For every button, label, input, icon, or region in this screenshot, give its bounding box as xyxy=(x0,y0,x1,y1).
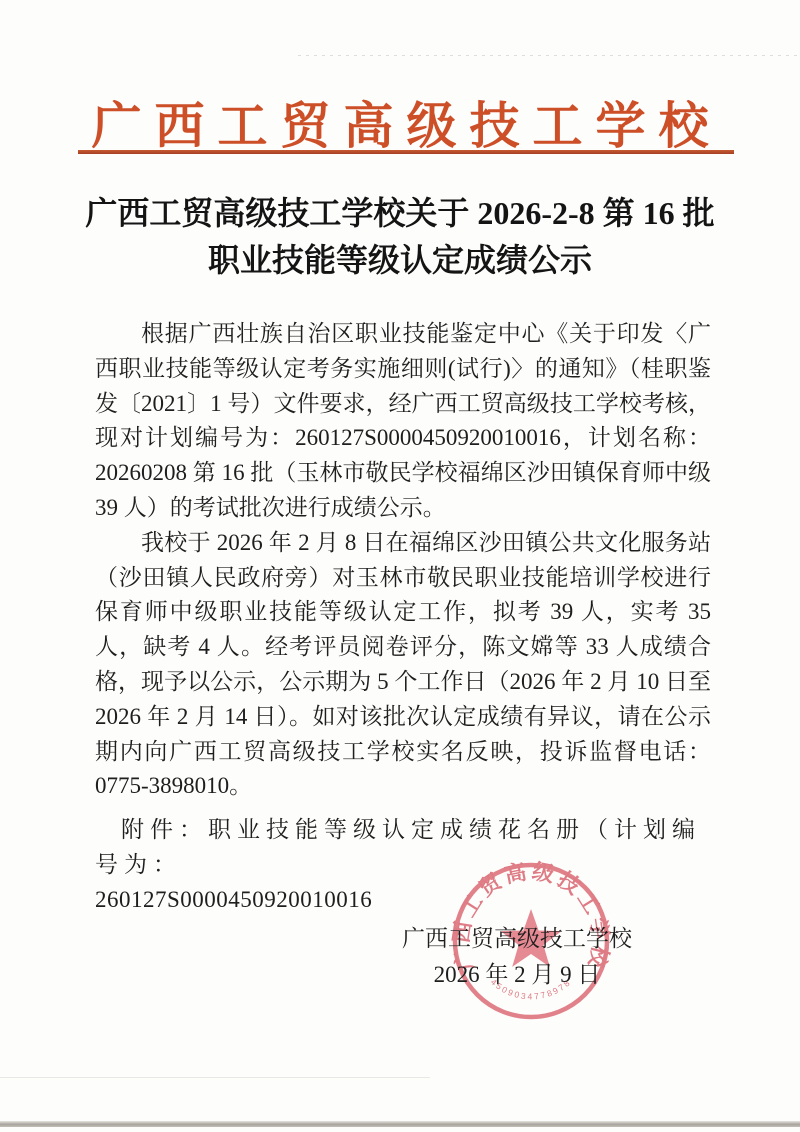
notice-title: 广西工贸高级技工学校关于 2026-2-8 第 16 批 职业技能等级认定成绩公… xyxy=(50,190,750,284)
notice-title-line1: 广西工贸高级技工学校关于 2026-2-8 第 16 批 xyxy=(50,190,750,237)
signature-school-name: 广西工贸高级技工学校 xyxy=(399,920,635,953)
attachment-plan-number: 260127S0000450920010016 xyxy=(95,882,711,917)
letterhead-rule xyxy=(78,150,734,154)
scan-artifact-middle xyxy=(0,1077,430,1078)
body-paragraph-2: 我校于 2026 年 2 月 8 日在福绵区沙田镇公共文化服务站（沙田镇人民政府… xyxy=(95,526,711,804)
notice-title-line2: 职业技能等级认定成绩公示 xyxy=(50,237,750,284)
signature-date: 2026 年 2 月 9 日 xyxy=(399,956,635,989)
scan-artifact-top xyxy=(298,55,798,56)
scan-artifact-bottom-edge xyxy=(0,1121,800,1127)
attachment-block: 附件：职业技能等级认定成绩花名册（计划编号为： 260127S000045092… xyxy=(95,812,711,917)
attachment-line: 附件：职业技能等级认定成绩花名册（计划编号为： xyxy=(95,812,711,882)
letterhead-school-name: 广西工贸高级技工学校 xyxy=(0,86,800,158)
notice-body: 根据广西壮族自治区职业技能鉴定中心《关于印发〈广西职业技能等级认定考务实施细则(… xyxy=(95,317,711,804)
document-page: 广西工贸高级技工学校 广西工贸高级技工学校关于 2026-2-8 第 16 批 … xyxy=(0,0,800,1132)
body-paragraph-1: 根据广西壮族自治区职业技能鉴定中心《关于印发〈广西职业技能等级认定考务实施细则(… xyxy=(95,317,711,526)
